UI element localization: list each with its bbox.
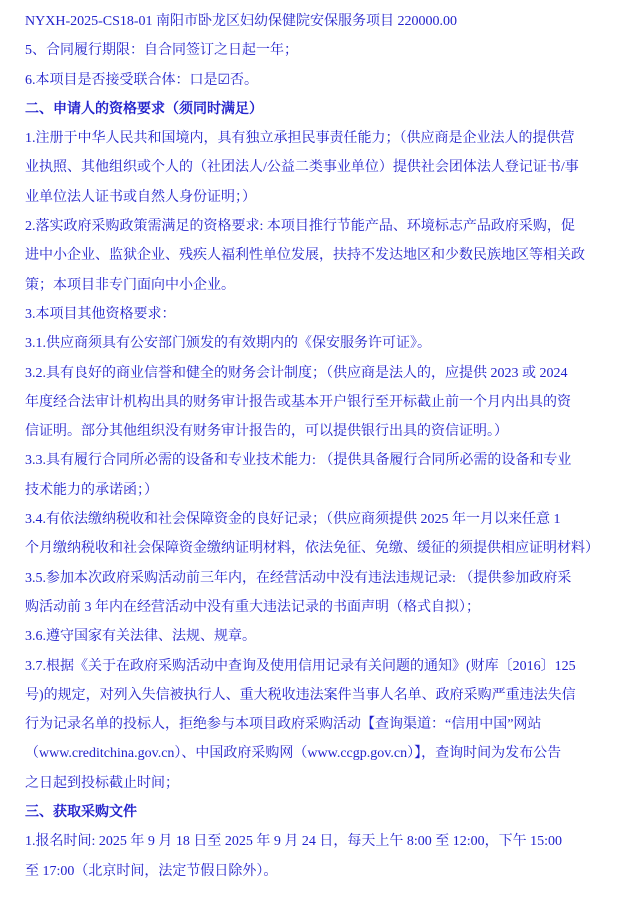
doc-line-req3-6: 3.6.遵守国家有关法律、法规、规章。 xyxy=(25,622,618,651)
doc-line-req3-3: 3.3.具有履行合同所必需的设备和专业技术能力: （提供具备履行合同所必需的设备… xyxy=(25,446,618,475)
doc-line-req3-2: 年度经合法审计机构出具的财务审计报告或基本开户银行至开标截止前一个月内出具的资 xyxy=(25,388,618,417)
doc-line-req3-1: 3.1.供应商须具有公安部门颁发的有效期内的《保安服务许可证》。 xyxy=(25,329,618,358)
doc-line-req3-7: （www.creditchina.gov.cn）、中国政府采购网（www.ccg… xyxy=(25,739,618,768)
document-page: NYXH-2025-CS18-01 南阳市卧龙区妇幼保健院安保服务项目 2200… xyxy=(0,0,636,909)
doc-line-req3-2: 信证明。部分其他组织没有财务审计报告的，可以提供银行出具的资信证明。） xyxy=(25,417,618,446)
doc-line-req2: 策；本项目非专门面向中小企业。 xyxy=(25,271,618,300)
doc-line-req1: 业单位法人证书或自然人身份证明；） xyxy=(25,183,618,212)
doc-line-req3-7: 行为记录名单的投标人，拒绝参与本项目政府采购活动【查询渠道：“信用中国”网站 xyxy=(25,710,618,739)
doc-line-req3-2: 3.2.具有良好的商业信誉和健全的财务会计制度；（供应商是法人的，应提供 202… xyxy=(25,359,618,388)
doc-line-req2: 进中小企业、监狱企业、残疾人福利性单位发展，扶持不发达地区和少数民族地区等相关政 xyxy=(25,241,618,270)
doc-line-consortium: 6.本项目是否接受联合体：口是☑否。 xyxy=(25,66,618,95)
doc-line-registration-time: 1.报名时间: 2025 年 9 月 18 日至 2025 年 9 月 24 日… xyxy=(25,827,618,856)
doc-line-project-header: NYXH-2025-CS18-01 南阳市卧龙区妇幼保健院安保服务项目 2200… xyxy=(25,7,618,36)
doc-line-req3-5: 购活动前 3 年内在经营活动中没有重大违法记录的书面声明（格式自拟）； xyxy=(25,593,618,622)
doc-line-req1: 业执照、其他组织或个人的（社团法人/公益二类事业单位）提供社会团体法人登记证书/… xyxy=(25,153,618,182)
doc-line-req3-4: 3.4.有依法缴纳税收和社会保障资金的良好记录；（供应商须提供 2025 年一月… xyxy=(25,505,618,534)
doc-line-req2: 2.落实政府采购政策需满足的资格要求: 本项目推行节能产品、环境标志产品政府采购… xyxy=(25,212,618,241)
doc-line-req3-5: 3.5.参加本次政府采购活动前三年内，在经营活动中没有违法违规记录: （提供参加… xyxy=(25,564,618,593)
doc-line-req3: 3.本项目其他资格要求： xyxy=(25,300,618,329)
doc-line-req3-7: 号)的规定，对列入失信被执行人、重大税收违法案件当事人名单、政府采购严重违法失信 xyxy=(25,681,618,710)
doc-line-req3-7: 3.7.根据《关于在政府采购活动中查询及使用信用记录有关问题的通知》(财库〔20… xyxy=(25,652,618,681)
doc-line-req3-3: 技术能力的承诺函；） xyxy=(25,476,618,505)
doc-line-registration-time: 至 17:00（北京时间，法定节假日除外）。 xyxy=(25,857,618,886)
doc-line-req3-7: 之日起到投标截止时间； xyxy=(25,769,618,798)
doc-line-section3-heading: 三、获取采购文件 xyxy=(25,798,618,827)
doc-line-section2-heading: 二、申请人的资格要求（须同时满足） xyxy=(25,95,618,124)
doc-line-req1: 1.注册于中华人民共和国境内，具有独立承担民事责任能力；（供应商是企业法人的提供… xyxy=(25,124,618,153)
doc-line-contract-term: 5、合同履行期限：自合同签订之日起一年； xyxy=(25,36,618,65)
doc-line-req3-4: 个月缴纳税收和社会保障资金缴纳证明材料，依法免征、免缴、缓征的须提供相应证明材料… xyxy=(25,534,618,563)
